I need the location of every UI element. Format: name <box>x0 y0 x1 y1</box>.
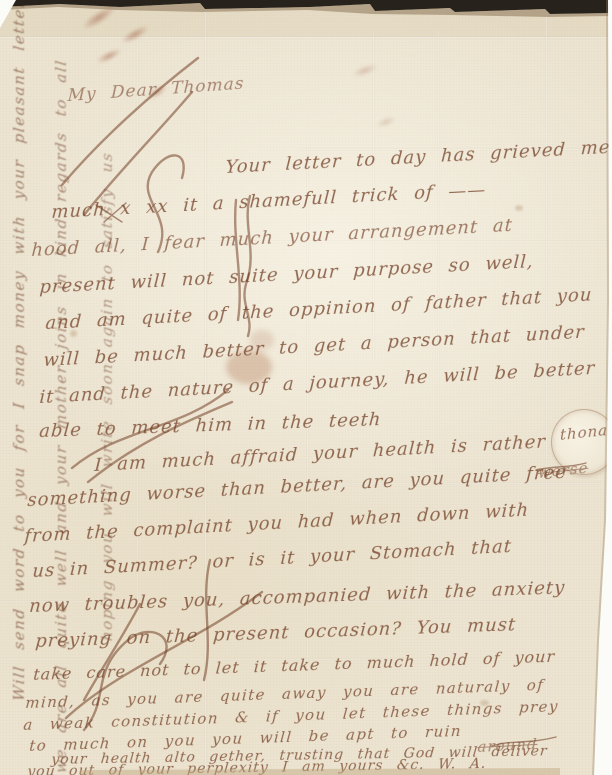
cross-writing-line: Will send word to you for I snap money w… <box>10 0 28 702</box>
foxing-spot <box>515 205 523 211</box>
fold-crease <box>0 36 612 39</box>
letter-scan: Will send word to you for I snap money w… <box>0 0 612 775</box>
